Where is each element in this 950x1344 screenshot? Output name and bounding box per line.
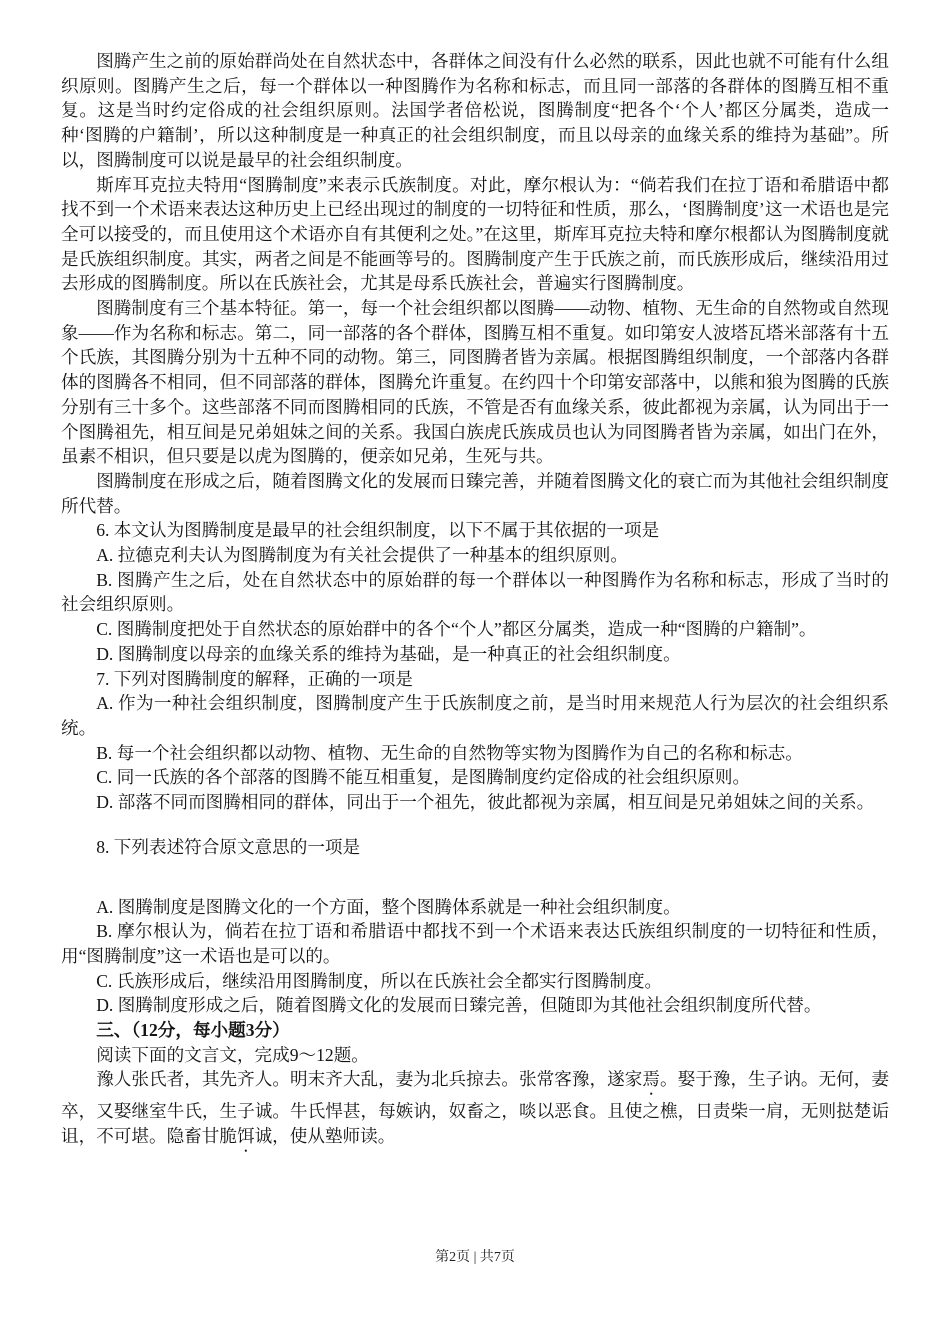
question-8-option-a: A. 图腾制度是图腾文化的一个方面，整个图腾体系就是一种社会组织制度。 [61,895,889,920]
question-8-option-d: D. 图腾制度形成之后，随着图腾文化的发展而日臻完善，但随即为其他社会组织制度所… [61,993,889,1018]
reading-paragraph: 图腾产生之前的原始群尚处在自然状态中，各群体之间没有什么必然的联系，因此也就不可… [61,49,889,173]
passage-text: 豫人张氏者，其先齐人。明末齐大乱，妻为北兵掠去。张常客豫，遂家 [96,1069,642,1089]
reading-paragraph: 图腾制度有三个基本特征。第一，每一个社会组织都以图腾——动物、植物、无生命的自然… [61,296,889,469]
question-8-stem: 8. 下列表述符合原文意思的一项是 [61,835,889,860]
question-7-stem: 7. 下列对图腾制度的解释，正确的一项是 [61,667,889,692]
question-6-option-c: C. 图腾制度把处于自然状态的原始群中的各个“个人”都区分属类，造成一种“图腾的… [61,617,889,642]
question-6-option-d: D. 图腾制度以母亲的血缘关系的维持为基础，是一种真正的社会组织制度。 [61,642,889,667]
classical-passage: 豫人张氏者，其先齐人。明末齐大乱，妻为北兵掠去。张常客豫，遂家焉。娶于豫，生子讷… [61,1067,889,1156]
emphasis-dot-char: 饵 [237,1126,255,1146]
question-8-option-b: B. 摩尔根认为，倘若在拉丁语和希腊语中都找不到一个术语来表达氏族组织制度的一切… [61,919,889,968]
page-number: 第2页 | 共7页 [0,1246,950,1266]
emphasis-dot-char: 焉 [642,1069,660,1089]
section-3-heading: 三、（12分，每小题3分） [61,1018,889,1043]
question-6-option-a: A. 拉德克利夫认为图腾制度为有关社会提供了一种基本的组织原则。 [61,543,889,568]
passage-text: 诚，使从塾师读。 [255,1126,396,1146]
question-7-option-b: B. 每一个社会组织都以动物、植物、无生命的自然物等实物为图腾作为自己的名称和标… [61,741,889,766]
question-6-stem: 6. 本文认为图腾制度是最早的社会组织制度，以下不属于其依据的一项是 [61,518,889,543]
question-7-option-c: C. 同一氏族的各个部落的图腾不能互相重复，是图腾制度约定俗成的社会组织原则。 [61,765,889,790]
reading-paragraph: 图腾制度在形成之后，随着图腾文化的发展而日臻完善，并随着图腾文化的衰亡而为其他社… [61,469,889,518]
reading-instruction: 阅读下面的文言文，完成9～12题。 [61,1043,889,1068]
question-7-option-a: A. 作为一种社会组织制度，图腾制度产生于氏族制度之前，是当时用来规范人行为层次… [61,691,889,740]
reading-paragraph: 斯库耳克拉夫特用“图腾制度”来表示氏族制度。对此，摩尔根认为：“倘若我们在拉丁语… [61,173,889,297]
question-6-option-b: B. 图腾产生之后，处在自然状态中的原始群的每一个群体以一种图腾作为名称和标志，… [61,568,889,617]
exam-page-content: 图腾产生之前的原始群尚处在自然状态中，各群体之间没有什么必然的联系，因此也就不可… [61,49,889,1156]
question-8-option-c: C. 氏族形成后，继续沿用图腾制度，所以在氏族社会全都实行图腾制度。 [61,969,889,994]
question-7-option-d: D. 部落不同而图腾相同的群体，同出于一个祖先，彼此都视为亲属，相互间是兄弟姐妹… [61,790,889,815]
